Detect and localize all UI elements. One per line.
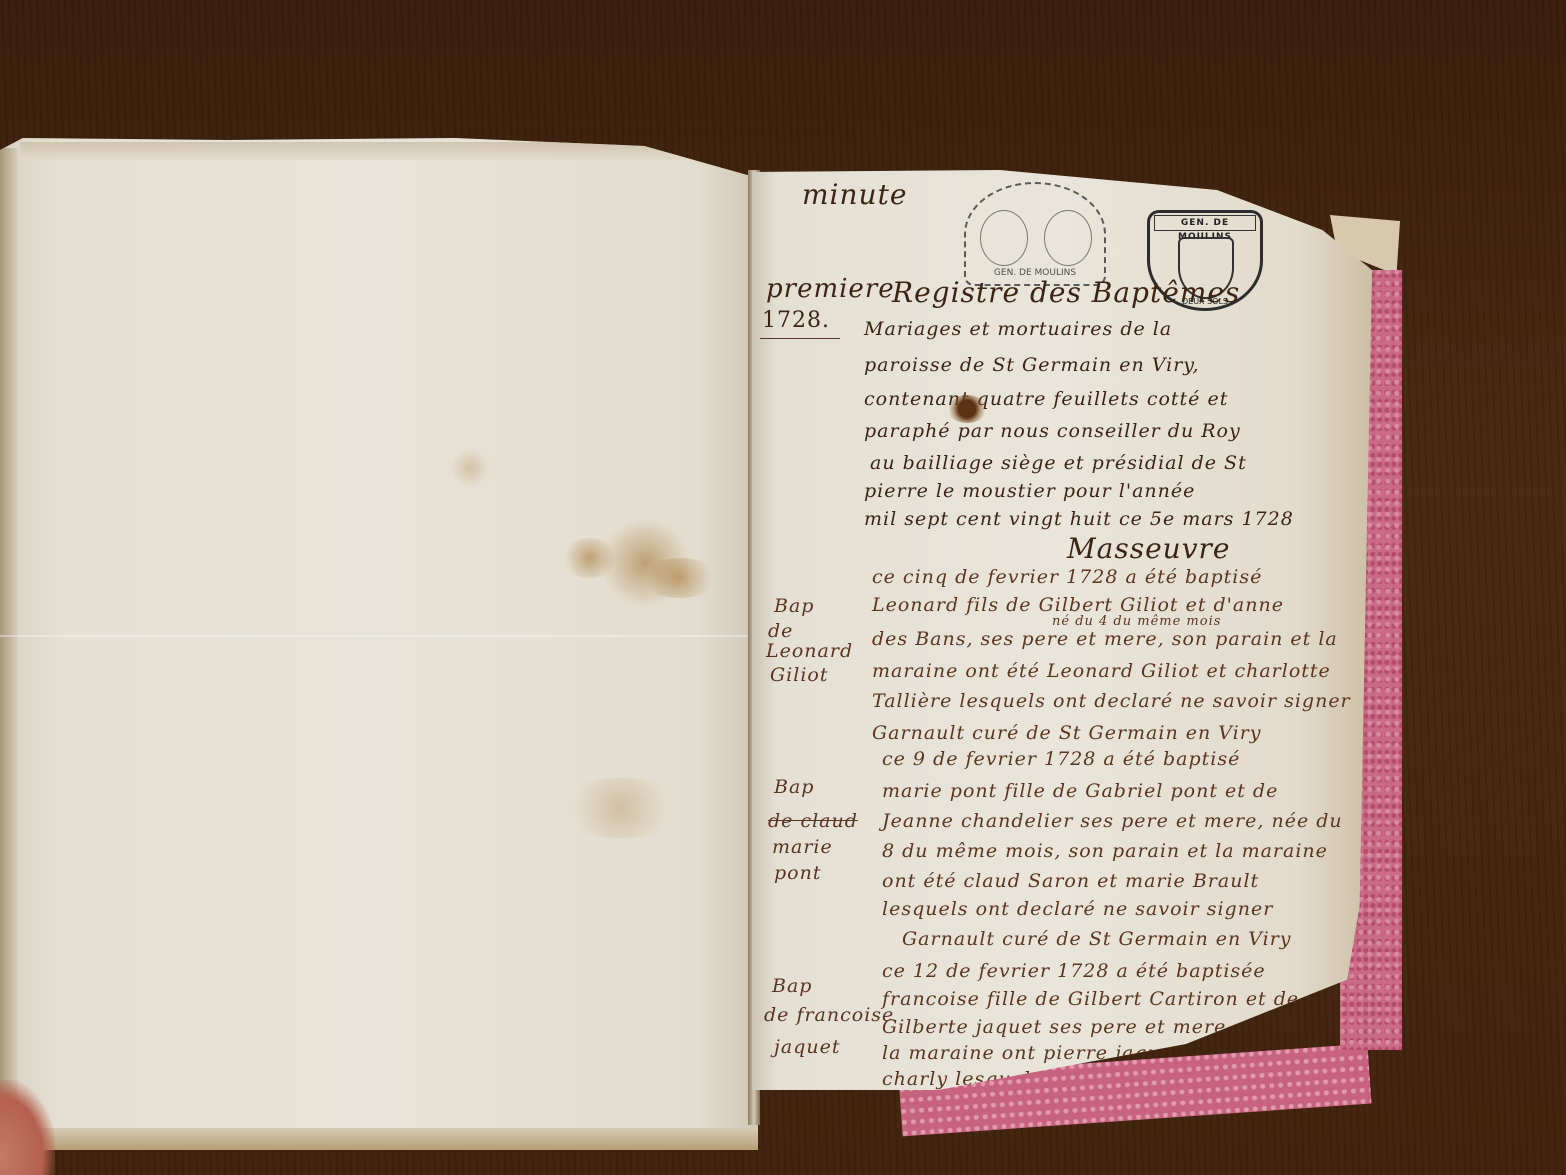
register-title-line: paraphé par nous conseiller du Roy	[864, 420, 1241, 442]
entry-line: francoise fille de Gilbert Cartiron et d…	[882, 988, 1299, 1010]
year-underline	[760, 338, 840, 339]
foxing-stain	[560, 778, 680, 838]
entry-line: Leonard fils de Gilbert Giliot et d'anne	[872, 594, 1284, 616]
margin-note: de francoise	[764, 1004, 894, 1026]
page-fold-crease	[0, 635, 758, 637]
margin-note: de	[768, 620, 793, 642]
entry-line: ce 9 de fevrier 1728 a été baptisé	[882, 748, 1240, 770]
interlinear-note: né du 4 du même mois	[1052, 614, 1221, 629]
royal-tax-stamp: GEN. DE MOULINS	[964, 182, 1106, 286]
year-label: 1728.	[762, 308, 830, 333]
entry-line: marie pont fille de Gabriel pont et de	[882, 780, 1278, 802]
foxing-stain	[640, 558, 720, 598]
finger-holding-page	[0, 1080, 55, 1175]
register-title-line: pierre le moustier pour l'année	[864, 480, 1195, 502]
margin-note: Bap	[774, 776, 814, 798]
right-page-register: GEN. DE MOULINS GEN. DE MOULINS DEUX SOL…	[752, 170, 1372, 1090]
entry-line: maraine ont été Leonard Giliot et charlo…	[872, 660, 1331, 682]
premiere-label: premiere	[766, 274, 895, 304]
margin-note: marie	[772, 836, 833, 858]
left-page	[0, 138, 758, 1150]
margin-note: jaquet	[774, 1036, 841, 1058]
page-edge-bottom	[40, 1128, 758, 1150]
register-title-line: Registre des Baptêmes	[892, 276, 1240, 309]
margin-note: pont	[774, 862, 821, 884]
margin-note: Bap	[774, 595, 814, 617]
register-title-line: Mariages et mortuaires de la	[864, 318, 1172, 340]
margin-note: Bap	[772, 975, 812, 997]
minute-label: minute	[802, 178, 907, 211]
margin-note: Leonard	[766, 640, 853, 662]
margin-note: Giliot	[770, 664, 828, 686]
stamp-band-text: GEN. DE MOULINS	[1154, 215, 1256, 231]
register-title-line: au bailliage siège et présidial de St	[870, 452, 1247, 474]
ink-blot	[947, 395, 987, 423]
fleur-de-lis-shield-icon	[980, 210, 1028, 266]
entry-line: des Bans, ses pere et mere, son parain e…	[872, 628, 1338, 650]
entry-line: Jeanne chandelier ses pere et mere, née …	[882, 810, 1343, 832]
entry-line: Garnault curé de St Germain en Viry	[872, 722, 1262, 744]
register-title-line: paroisse de St Germain en Viry,	[864, 354, 1200, 376]
register-title-line: mil sept cent vingt huit ce 5e mars 1728	[864, 508, 1294, 530]
signature: Masseuvre	[1067, 532, 1230, 565]
entry-line: ont été claud Saron et marie Brault	[882, 870, 1259, 892]
entry-line: ce cinq de fevrier 1728 a été baptisé	[872, 566, 1262, 588]
entry-line: Tallière lesquels ont declaré ne savoir …	[872, 690, 1351, 712]
fleur-de-lis-shield-icon	[1044, 210, 1092, 266]
foxing-stain	[450, 448, 490, 488]
register-title-line: contenant quatre feuillets cotté et	[864, 388, 1228, 410]
entry-line: 8 du même mois, son parain et la maraine	[882, 840, 1328, 862]
margin-note: de claud	[768, 810, 858, 832]
entry-line: ce 12 de fevrier 1728 a été baptisée	[882, 960, 1266, 982]
foxing-stain	[560, 538, 620, 578]
entry-line: Garnault curé de St Germain en Viry	[902, 928, 1292, 950]
entry-line: lesquels ont declaré ne savoir signer	[882, 898, 1273, 920]
page-edge-left	[0, 148, 18, 1150]
